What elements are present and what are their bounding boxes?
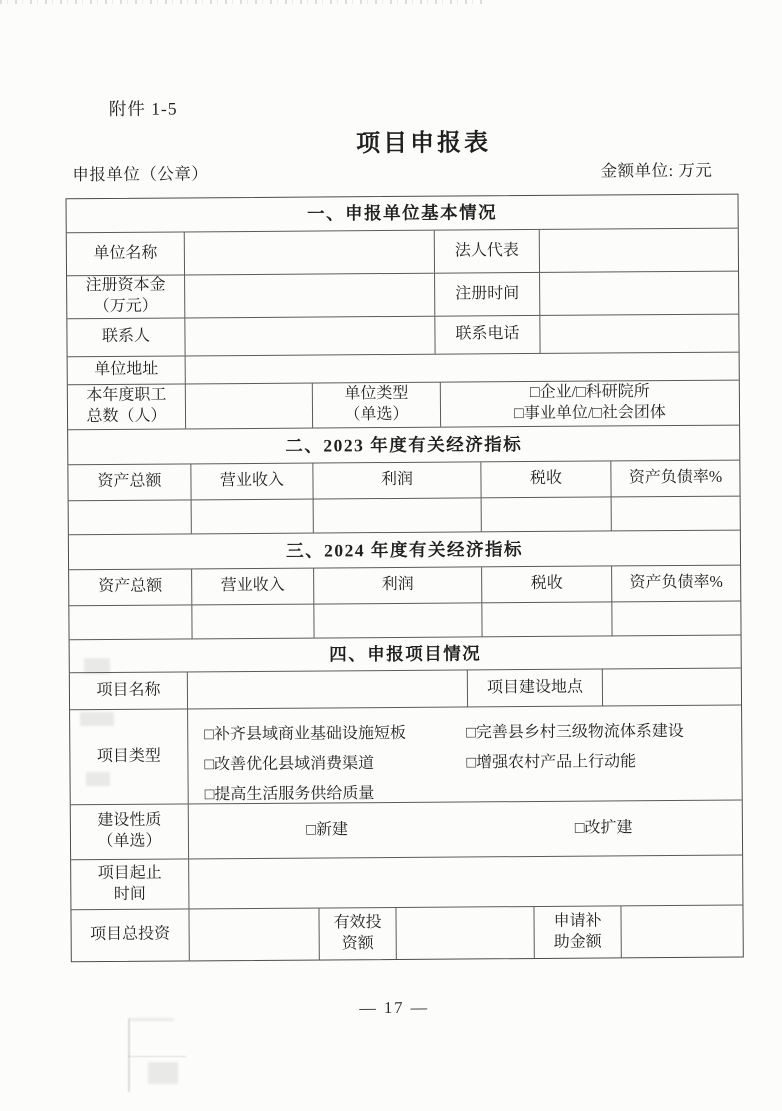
subsidy-request-label: 申请补 助金额 [533,906,620,958]
effective-investment-label: 有效投 资额 [318,908,395,960]
scan-artifact [130,1018,174,1021]
attachment-label: 附件 1-5 [109,95,178,120]
checkbox-option-logistics-system: □完善县乡村三级物流体系建设 [466,720,737,745]
project-type-options: □补齐县域商业基础设施短板 □改善优化县域消费渠道 □提高生活服务供给质量 □完… [187,706,742,804]
col-debt-ratio: 资产负债率% [611,566,740,602]
project-type-options-left: □补齐县域商业基础设施短板 □改善优化县域消费渠道 □提高生活服务供给质量 [204,722,457,804]
reg-capital-label: 注册资本金 （万元） [67,275,184,318]
subsidy-request-field [620,906,742,958]
table-row: 单位名称 法人代表 [67,228,738,276]
checkbox-option-infrastructure: □补齐县域商业基础设施短板 [204,722,456,747]
project-location-label: 项目建设地点 [467,670,602,707]
tax-2023-field [481,497,611,531]
effective-investment-field [395,907,533,959]
build-nature-options: □新建 □改扩建 [188,801,742,859]
indicators-2024-value-row [69,601,740,640]
checkbox-option-consumption-channels: □改善优化县域消费渠道 [204,752,456,777]
project-period-label: 项目起止 时间 [71,859,188,909]
debt-ratio-2023-field [611,497,740,531]
checkbox-option-new-build: □新建 [189,802,466,858]
form-title: 项目申报表 [87,120,760,160]
total-assets-2024-field [69,605,191,639]
unit-type-label: 单位类型 （单选） [312,383,440,428]
col-tax: 税收 [480,461,610,497]
build-nature-label: 建设性质 （单选） [71,804,188,859]
table-row: 项目名称 项目建设地点 [70,668,741,710]
build-nature-row: 建设性质 （单选） □新建 □改扩建 [71,800,742,860]
section4-title: 四、申报项目情况 [70,636,741,673]
scan-artifact [86,772,110,786]
checkbox-option-rural-products: □增强农村产品上行动能 [466,750,737,775]
legal-rep-label: 法人代表 [434,230,539,273]
contact-phone-label: 联系电话 [434,316,539,354]
declaring-unit-seal-note: 申报单位（公章） [72,160,208,185]
table-row: 本年度职工 总数（人） 单位类型 （单选） □企业/□科研院所 □事业单位/□社… [68,380,739,430]
unit-name-field [184,231,434,275]
section2-title: 二、2023 年度有关经济指标 [68,426,739,465]
page-number: — 17 — [3,995,782,1020]
col-debt-ratio: 资产负债率% [610,461,739,497]
project-period-field [188,856,742,909]
project-type-options-right: □完善县乡村三级物流体系建设 □增强农村产品上行动能 [466,720,737,775]
scan-artifact [128,1018,130,1092]
col-revenue: 营业收入 [190,464,312,500]
indicators-2024-header-row: 资产总额 营业收入 利润 税收 资产负债率% [69,565,740,606]
reg-date-label: 注册时间 [434,273,539,316]
unit-name-label: 单位名称 [67,232,184,275]
contact-phone-field [539,315,738,353]
col-tax: 税收 [481,566,611,602]
contact-person-field [184,317,434,356]
legal-rep-field [539,229,738,272]
total-investment-field [188,909,318,961]
section3-title: 三、2024 年度有关经济指标 [69,531,740,570]
staff-count-label: 本年度职工 总数（人） [68,384,185,429]
indicators-2023-value-row [69,496,740,535]
scan-artifact [84,658,110,674]
contact-person-label: 联系人 [67,318,184,356]
unit-address-label: 单位地址 [68,356,185,384]
checkbox-option-life-services: □提高生活服务供给质量 [205,782,457,804]
project-location-field [602,669,741,706]
unit-address-field [185,353,739,384]
tax-2024-field [481,602,611,636]
col-revenue: 营业收入 [191,569,313,605]
scan-artifact [128,1056,186,1057]
debt-ratio-2024-field [611,602,740,636]
col-profit: 利润 [312,462,480,498]
profit-2024-field [313,603,481,637]
table-row: 注册资本金 （万元） 注册时间 [67,271,738,319]
staff-count-field [185,384,312,429]
project-name-label: 项目名称 [70,672,187,709]
revenue-2023-field [191,500,313,534]
scanned-form-page: 附件 1-5 项目申报表 申报单位（公章） 金额单位: 万元 一、申报单位基本情… [0,0,782,1111]
application-form-table: 一、申报单位基本情况 单位名称 法人代表 注册资本金 （万元） 注册时间 联系人 [65,194,743,963]
table-row: 单位地址 [68,352,739,385]
scan-artifact [80,712,114,726]
col-total-assets: 资产总额 [68,464,190,500]
scan-artifact [148,1062,178,1084]
header-notes: 申报单位（公章） 金额单位: 万元 [72,157,712,185]
table-row: 联系人 联系电话 [67,314,738,357]
project-name-field [187,670,467,708]
reg-capital-field [184,274,434,318]
col-total-assets: 资产总额 [69,569,191,605]
checkbox-option-rebuild-expand: □改扩建 [465,801,742,857]
profit-2023-field [313,498,481,532]
indicators-2023-header-row: 资产总额 营业收入 利润 税收 资产负债率% [68,460,739,501]
project-type-row: 项目类型 □补齐县域商业基础设施短板 □改善优化县域消费渠道 □提高生活服务供给… [70,705,742,805]
section1-title: 一、申报单位基本情况 [67,195,738,233]
total-assets-2023-field [69,500,191,534]
col-profit: 利润 [313,567,481,603]
section2-header-row: 二、2023 年度有关经济指标 [68,425,739,465]
reg-date-field [539,272,738,315]
page-content: 附件 1-5 项目申报表 申报单位（公章） 金额单位: 万元 一、申报单位基本情… [0,0,782,1111]
section1-header-row: 一、申报单位基本情况 [67,195,738,233]
section3-header-row: 三、2024 年度有关经济指标 [69,530,740,570]
section4-header-row: 四、申报项目情况 [70,635,741,673]
unit-type-options: □企业/□科研院所 □事业单位/□社会团体 [440,381,739,427]
investment-row: 项目总投资 有效投 资额 申请补 助金额 [71,905,742,962]
revenue-2024-field [191,605,313,639]
total-investment-label: 项目总投资 [71,909,188,961]
amount-unit-note: 金额单位: 万元 [601,157,713,182]
table-row: 项目起止 时间 [71,855,742,910]
